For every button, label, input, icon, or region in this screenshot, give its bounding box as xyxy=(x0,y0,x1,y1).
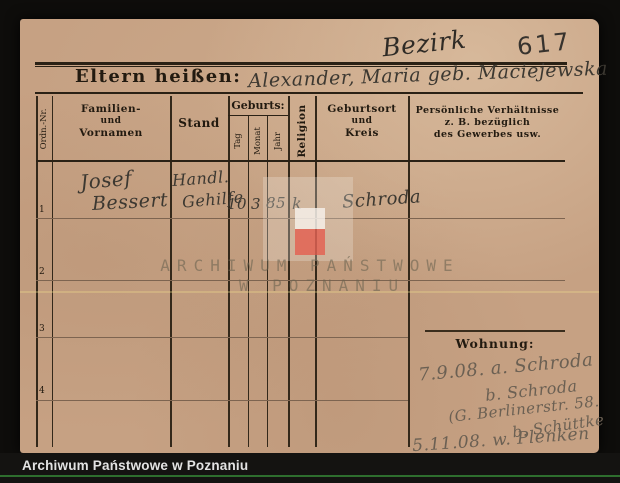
col-line-ordn xyxy=(52,96,53,447)
viewer-footer-bar: Archiwum Państwowe w Poznaniu xyxy=(0,453,620,483)
header-familien-line3: Vornamen xyxy=(56,127,166,139)
header-geburtsort-line3: Kreis xyxy=(317,127,407,139)
header-ordn-nr: Ordn.-Nr. xyxy=(39,109,49,150)
header-familien-vornamen: Familien- und Vornamen xyxy=(56,103,166,139)
row1-name-line1: Josef xyxy=(79,166,133,194)
header-persoenlich-line3: des Gewerbes usw. xyxy=(410,129,565,141)
scanned-record-card: Bezirk 617 Eltern heißen: Alexander, Mar… xyxy=(20,19,599,453)
header-geburts: Geburts: xyxy=(228,99,288,112)
row1-stand-line1: Handl. xyxy=(171,167,229,190)
header-stand: Stand xyxy=(170,116,228,130)
row1-geburt-tag: 10 xyxy=(227,195,247,213)
row1-name-line2: Bessert xyxy=(91,189,168,215)
row1-geburtsort: Schroda xyxy=(341,186,421,212)
header-jahr: Jahr xyxy=(273,132,283,150)
header-familien-line1: Familien- xyxy=(56,103,166,115)
archive-name-label: Archiwum Państwowe w Poznaniu xyxy=(22,458,248,473)
wohnung-entry-5: 5.11.08. w. Plenken xyxy=(412,424,591,456)
header-monat: Monat xyxy=(253,127,263,155)
row-number-1: 1 xyxy=(39,205,45,215)
corner-number: 617 xyxy=(516,27,573,61)
header-geburtsort-line2: und xyxy=(317,115,407,127)
title-eltern-heissen: Eltern heißen: xyxy=(75,66,241,87)
bezirk-annotation: Bezirk xyxy=(381,25,468,63)
header-familien-line2: und xyxy=(56,115,166,127)
header-geburtsort-line1: Geburtsort xyxy=(317,103,407,115)
header-bottom-line xyxy=(36,160,565,162)
watermark-flag-white xyxy=(295,208,325,229)
wohnung-label: Wohnung: xyxy=(425,336,565,351)
header-geburtsort-kreis: Geburtsort und Kreis xyxy=(317,103,407,139)
row-line-4 xyxy=(36,400,408,401)
footer-accent-line xyxy=(0,475,620,477)
row-number-4: 4 xyxy=(39,386,45,396)
row-number-2: 2 xyxy=(39,267,45,277)
scan-artifact-line xyxy=(20,291,599,293)
row1-geburt-monat: 3 xyxy=(251,195,261,213)
row-line-3 xyxy=(36,337,408,338)
header-persoenlich-line1: Persönliche Verhältnisse xyxy=(410,105,565,117)
wohnung-top-line xyxy=(425,330,565,332)
header-persoenlich-line2: z. B. bezüglich xyxy=(410,117,565,129)
header-tag: Tag xyxy=(233,133,243,149)
header-religion: Religion xyxy=(296,104,308,157)
watermark-text-line1: ARCHIWUM PAŃSTWOWE xyxy=(138,256,482,275)
row-number-3: 3 xyxy=(39,324,45,334)
header-persoenliche-verhaeltnisse: Persönliche Verhältnisse z. B. bezüglich… xyxy=(410,105,565,141)
geburts-underline xyxy=(228,115,288,116)
table-border-left xyxy=(36,96,38,447)
title-underline xyxy=(35,92,583,94)
watermark-flag-red xyxy=(295,229,325,255)
